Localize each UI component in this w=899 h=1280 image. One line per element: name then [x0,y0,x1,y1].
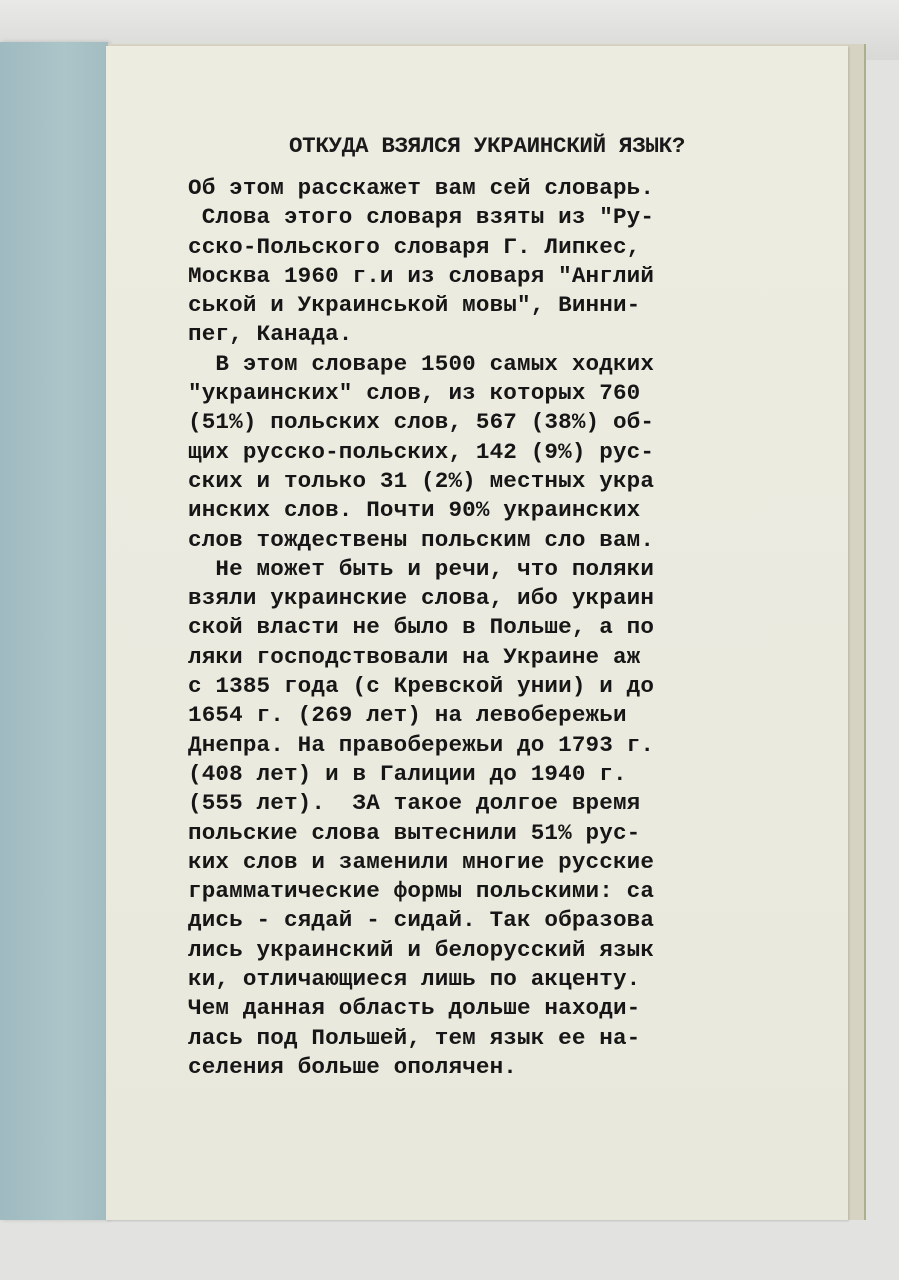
text-line: ких слов и заменили многие русские [188,848,808,877]
text-line: селения больше ополячен. [188,1053,808,1082]
text-line: лись украинский и белорусский язык [188,936,808,965]
text-line: инских слов. Почти 90% украинских [188,496,808,525]
text-line: Днепра. На правобережьи до 1793 г. [188,731,808,760]
text-line: дись - сядай - сидай. Так образова [188,906,808,935]
text-line: (51%) польских слов, 567 (38%) об- [188,408,808,437]
text-line: 1654 г. (269 лет) на левобережьи [188,701,808,730]
text-line: щих русско-польских, 142 (9%) рус- [188,438,808,467]
body-text: Об этом расскажет вам сей словарь. Слова… [188,174,808,1082]
text-line: Слова этого словаря взяты из "Ру- [188,203,808,232]
text-line: Не может быть и речи, что поляки [188,555,808,584]
text-line: ки, отличающиеся лишь по акценту. [188,965,808,994]
page-title: ОТКУДА ВЗЯЛСЯ УКРАИНСКИЙ ЯЗЫК? [106,133,848,159]
booklet-page: ОТКУДА ВЗЯЛСЯ УКРАИНСКИЙ ЯЗЫК? Об этом р… [106,46,848,1220]
text-line: взяли украинские слова, ибо украин [188,584,808,613]
text-line: Чем данная область дольше находи- [188,994,808,1023]
text-line: ских и только 31 (2%) местных укра [188,467,808,496]
text-line: Об этом расскажет вам сей словарь. [188,174,808,203]
text-line: Москва 1960 г.и из словаря "Англий [188,262,808,291]
text-line: сско-Польского словаря Г. Липкес, [188,233,808,262]
text-line: "украинских" слов, из которых 760 [188,379,808,408]
text-line: ской власти не было в Польше, а по [188,613,808,642]
text-line: слов тождествены польским сло вам. [188,526,808,555]
text-line: ляки господствовали на Украине аж [188,643,808,672]
text-line: с 1385 года (с Кревской унии) и до [188,672,808,701]
booklet-cover [0,42,108,1220]
text-line: пег, Канада. [188,320,808,349]
text-line: польские слова вытеснили 51% рус- [188,819,808,848]
text-line: (408 лет) и в Галиции до 1940 г. [188,760,808,789]
text-line: В этом словаре 1500 самых ходких [188,350,808,379]
text-line: ськой и Украинськой мовы", Винни- [188,291,808,320]
text-line: лась под Польшей, тем язык ее на- [188,1024,808,1053]
text-line: грамматические формы польскими: са [188,877,808,906]
text-line: (555 лет). ЗА такое долгое время [188,789,808,818]
